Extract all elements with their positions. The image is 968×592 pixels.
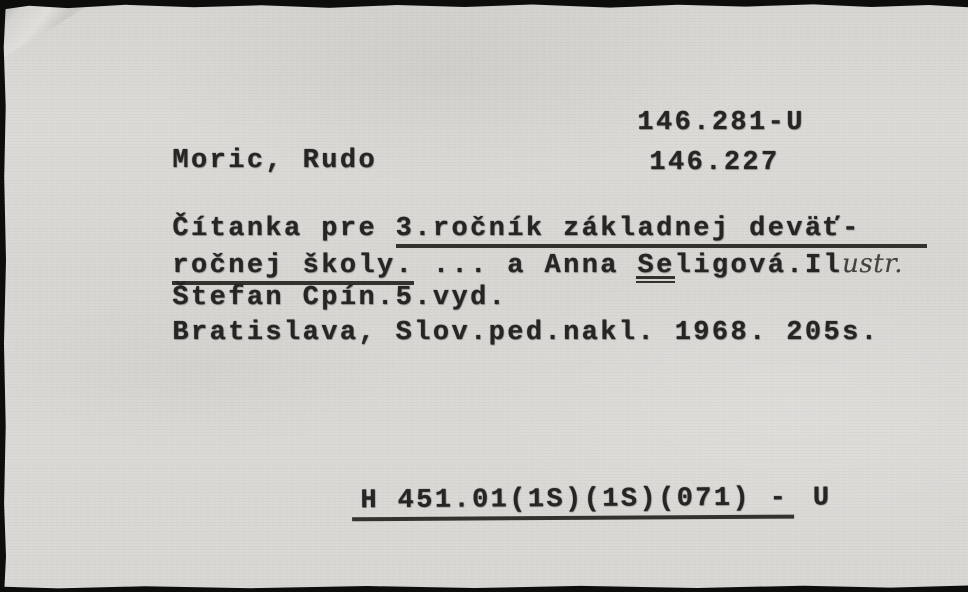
surname-rest: ligová. <box>675 251 805 281</box>
scan-edge-bottom <box>0 583 968 592</box>
call-number-secondary-text: 146.227 <box>649 148 779 178</box>
scan-edge-top <box>0 0 968 12</box>
illustrator-note-typed: Il <box>805 251 842 281</box>
shelf-mark-suffix: U <box>794 483 831 513</box>
catalog-card-scan: 146.281-U 146.227 Moric, Rudo Čítanka pr… <box>0 0 968 592</box>
illustrator-note-handwritten: ustr. <box>842 249 903 279</box>
shelf-mark-underlined: H 451.01(1S)(1S)(071) - <box>352 484 794 522</box>
author-name: Moric, Rudo <box>172 146 377 176</box>
imprint-line: Bratislava, Slov.ped.nakl. 1968. 205s. <box>98 284 879 383</box>
shelf-mark-line: H 451.01(1S)(1S)(071) - U <box>286 449 832 551</box>
torn-corner-crease <box>0 0 140 62</box>
surname-filing-mark: Se <box>638 251 675 281</box>
imprint-text: Bratislava, Slov.ped.nakl. 1968. 205s. <box>172 318 879 348</box>
scan-edge-left <box>0 0 6 592</box>
